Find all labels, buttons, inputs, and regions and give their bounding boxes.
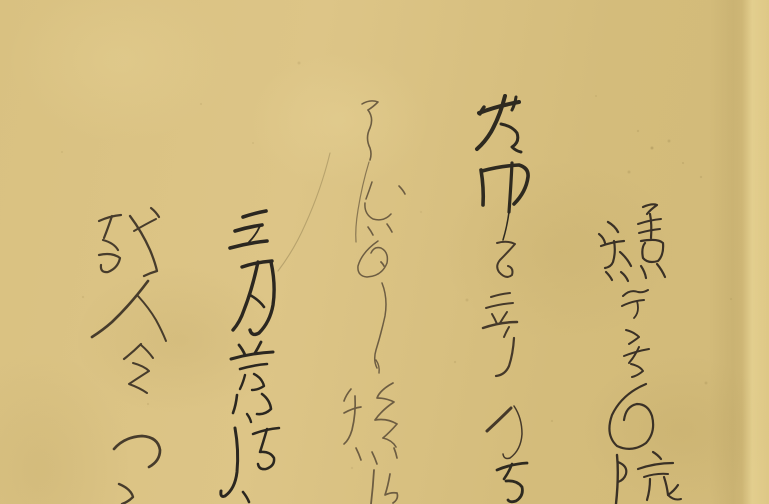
calligraphy-column-4: [221, 211, 279, 502]
glyph-col2-shi: [496, 338, 514, 376]
glyph-col4-tsuki: [233, 261, 274, 334]
glyph-col1-no: [609, 384, 653, 449]
glyph-col5-hito: [92, 281, 166, 341]
calligraphy-column-1: [599, 204, 681, 504]
glyph-col2-te: [487, 406, 522, 459]
glyph-col1-in: [616, 452, 681, 504]
glyph-col3-so: [356, 101, 378, 242]
glyph-col3-se: [344, 383, 397, 464]
glyph-col4-san: [230, 211, 267, 248]
glyph-col3-fu: [365, 182, 405, 235]
glyph-col4-kure: [231, 342, 273, 422]
glyph-col2-mo: [497, 242, 515, 277]
glyph-col3-ha: [371, 470, 398, 504]
glyph-col5-zan: [99, 208, 159, 276]
calligraphy-column-2: [477, 96, 528, 502]
glyph-col3-no: [358, 241, 387, 277]
glyph-col2-yo: [477, 96, 521, 152]
calligraphy-column-3: [278, 101, 405, 504]
glyph-col5-tsu: [114, 436, 160, 467]
glyph-col2-naka: [481, 163, 528, 240]
glyph-col4-ke: [221, 428, 279, 502]
glyph-col2-wo: [483, 293, 517, 337]
glyph-col2-sa: [497, 463, 527, 502]
glyph-col1-sa: [624, 347, 649, 377]
calligraphy-column-5: [92, 208, 166, 504]
manuscript-photo: 類きさの院 世中もをしてさ そふの〳瀬は 三月暮け、 残人今つゝ: [0, 0, 769, 504]
glyph-col1-rui: [599, 204, 665, 281]
calligraphy-ink-layer: [0, 0, 769, 504]
glyph-col5-repeat-mark: [119, 484, 133, 504]
glyph-col1-ki: [622, 290, 648, 344]
faint-flourish-stroke: [278, 153, 330, 271]
glyph-col3-repeat-mark: [375, 283, 386, 373]
glyph-col5-ima: [124, 344, 153, 393]
